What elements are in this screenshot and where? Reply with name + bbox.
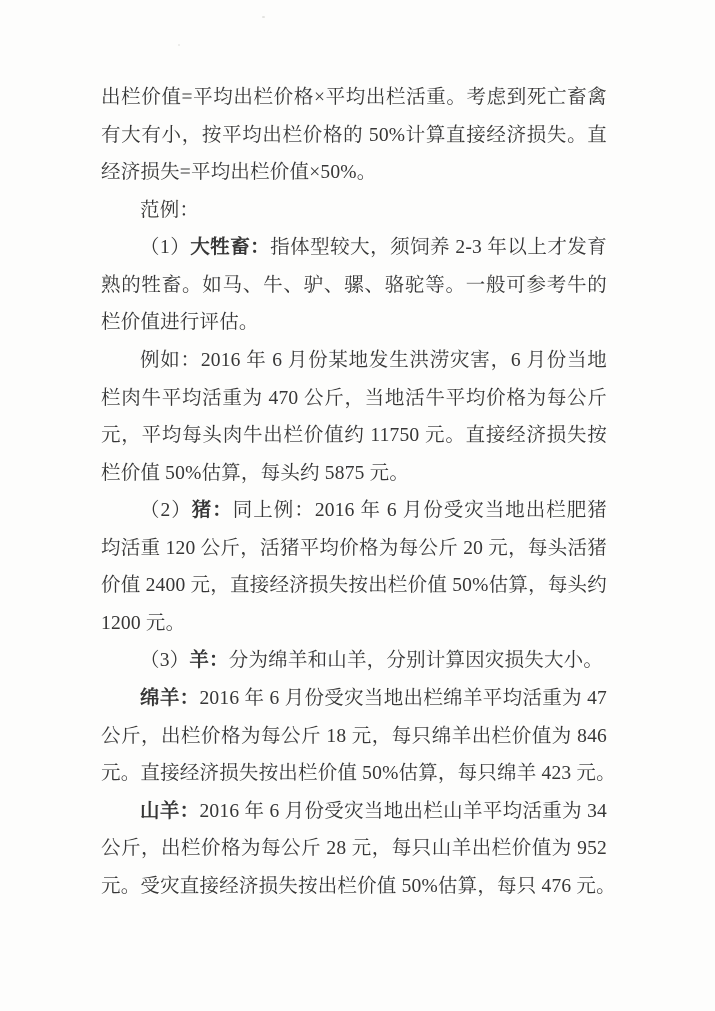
text-line: 例如：2016 年 6 月份某地发生洪涝灾害，6 月份当地出	[101, 342, 607, 380]
text-line: （3）羊：分为绵羊和山羊，分别计算因灾损失大小。	[101, 642, 607, 680]
text-segment: 熟的牲畜。如马、牛、驴、骡、骆驼等。一般可参考牛的出	[101, 275, 607, 305]
text-segment-bold: 绵羊：	[140, 688, 199, 709]
text-segment-bold: 羊：	[189, 650, 228, 671]
text-segment: 元，平均每头肉牛出栏价值约 11750 元。直接经济损失按出	[101, 425, 607, 455]
text-line: 经济损失=平均出栏价值×50%。	[101, 154, 607, 192]
text-segment: 出栏价值=平均出栏价格×平均出栏活重。考虑到死亡畜禽	[101, 87, 607, 108]
text-segment: 栏价值 50%估算，每头约 5875 元。	[101, 463, 409, 484]
text-line: 范例：	[101, 192, 607, 230]
text-line: （1）大牲畜：指体型较大，须饲养 2-3 年以上才发育成	[101, 229, 607, 267]
text-segment: 经济损失=平均出栏价值×50%。	[101, 162, 376, 183]
text-segment: 公斤，出栏价格为每公斤 18 元，每只绵羊出栏价值为 846	[101, 726, 607, 747]
text-segment: 元。受灾直接经济损失按出栏价值 50%估算，每只 476 元。	[101, 876, 616, 897]
text-line: 熟的牲畜。如马、牛、驴、骡、骆驼等。一般可参考牛的出	[101, 267, 607, 305]
text-line: 元，平均每头肉牛出栏价值约 11750 元。直接经济损失按出	[101, 417, 607, 455]
text-segment-bold: 猪：	[192, 500, 233, 521]
document-page: 出栏价值=平均出栏价格×平均出栏活重。考虑到死亡畜禽有大有小，按平均出栏价格的 …	[0, 0, 715, 1011]
text-line: 1200 元。	[101, 605, 607, 643]
text-line: 栏肉牛平均活重为 470 公斤，当地活牛平均价格为每公斤 25	[101, 380, 607, 418]
text-segment: 价值 2400 元，直接经济损失按出栏价值 50%估算，每头约	[101, 575, 607, 596]
text-line: （2）猪：同上例：2016 年 6 月份受灾当地出栏肥猪平	[101, 492, 607, 530]
text-line: 元。直接经济损失按出栏价值 50%估算，每只绵羊 423 元。	[101, 755, 607, 793]
text-line: 元。受灾直接经济损失按出栏价值 50%估算，每只 476 元。	[101, 868, 607, 906]
text-line: 价值 2400 元，直接经济损失按出栏价值 50%估算，每头约	[101, 567, 607, 605]
text-line: 绵羊：2016 年 6 月份受灾当地出栏绵羊平均活重为 47	[101, 680, 607, 718]
text-line: 公斤，出栏价格为每公斤 28 元，每只山羊出栏价值为 952	[101, 830, 607, 868]
text-segment: 1200 元。	[101, 613, 185, 634]
text-line: 公斤，出栏价格为每公斤 18 元，每只绵羊出栏价值为 846	[101, 718, 607, 756]
text-segment: 栏价值进行评估。	[101, 312, 259, 333]
text-segment: 分为绵羊和山羊，分别计算因灾损失大小。	[229, 650, 603, 671]
text-segment: 公斤，出栏价格为每公斤 28 元，每只山羊出栏价值为 952	[101, 838, 607, 859]
scan-noise-speck	[262, 16, 265, 18]
text-segment: 元。直接经济损失按出栏价值 50%估算，每只绵羊 423 元。	[101, 763, 616, 784]
text-line: 栏价值 50%估算，每头约 5875 元。	[101, 455, 607, 493]
text-segment-bold: 大牲畜：	[190, 237, 270, 258]
text-segment: 2016 年 6 月份受灾当地出栏绵羊平均活重为 47	[199, 688, 607, 709]
text-line: 栏价值进行评估。	[101, 304, 607, 342]
document-body: 出栏价值=平均出栏价格×平均出栏活重。考虑到死亡畜禽有大有小，按平均出栏价格的 …	[101, 79, 607, 905]
text-segment: 范例：	[140, 200, 199, 221]
text-segment: 2016 年 6 月份受灾当地出栏山羊平均活重为 34	[199, 801, 607, 822]
text-segment: （1）	[140, 237, 190, 258]
text-segment: 栏肉牛平均活重为 470 公斤，当地活牛平均价格为每公斤 25	[101, 388, 607, 418]
text-line: 有大有小，按平均出栏价格的 50%计算直接经济损失。直接	[101, 117, 607, 155]
text-line: 均活重 120 公斤，活猪平均价格为每公斤 20 元，每头活猪	[101, 530, 607, 568]
text-segment: （3）	[140, 650, 189, 671]
text-segment: 有大有小，按平均出栏价格的 50%计算直接经济损失。直接	[101, 125, 607, 155]
text-segment: 均活重 120 公斤，活猪平均价格为每公斤 20 元，每头活猪	[101, 538, 607, 559]
text-segment: （2）	[140, 500, 192, 521]
text-segment: 例如：2016 年 6 月份某地发生洪涝灾害，6 月份当地出	[101, 350, 607, 380]
text-segment-bold: 山羊：	[140, 801, 199, 822]
text-line: 山羊：2016 年 6 月份受灾当地出栏山羊平均活重为 34	[101, 793, 607, 831]
scan-noise-speck	[178, 44, 180, 46]
text-line: 出栏价值=平均出栏价格×平均出栏活重。考虑到死亡畜禽	[101, 79, 607, 117]
